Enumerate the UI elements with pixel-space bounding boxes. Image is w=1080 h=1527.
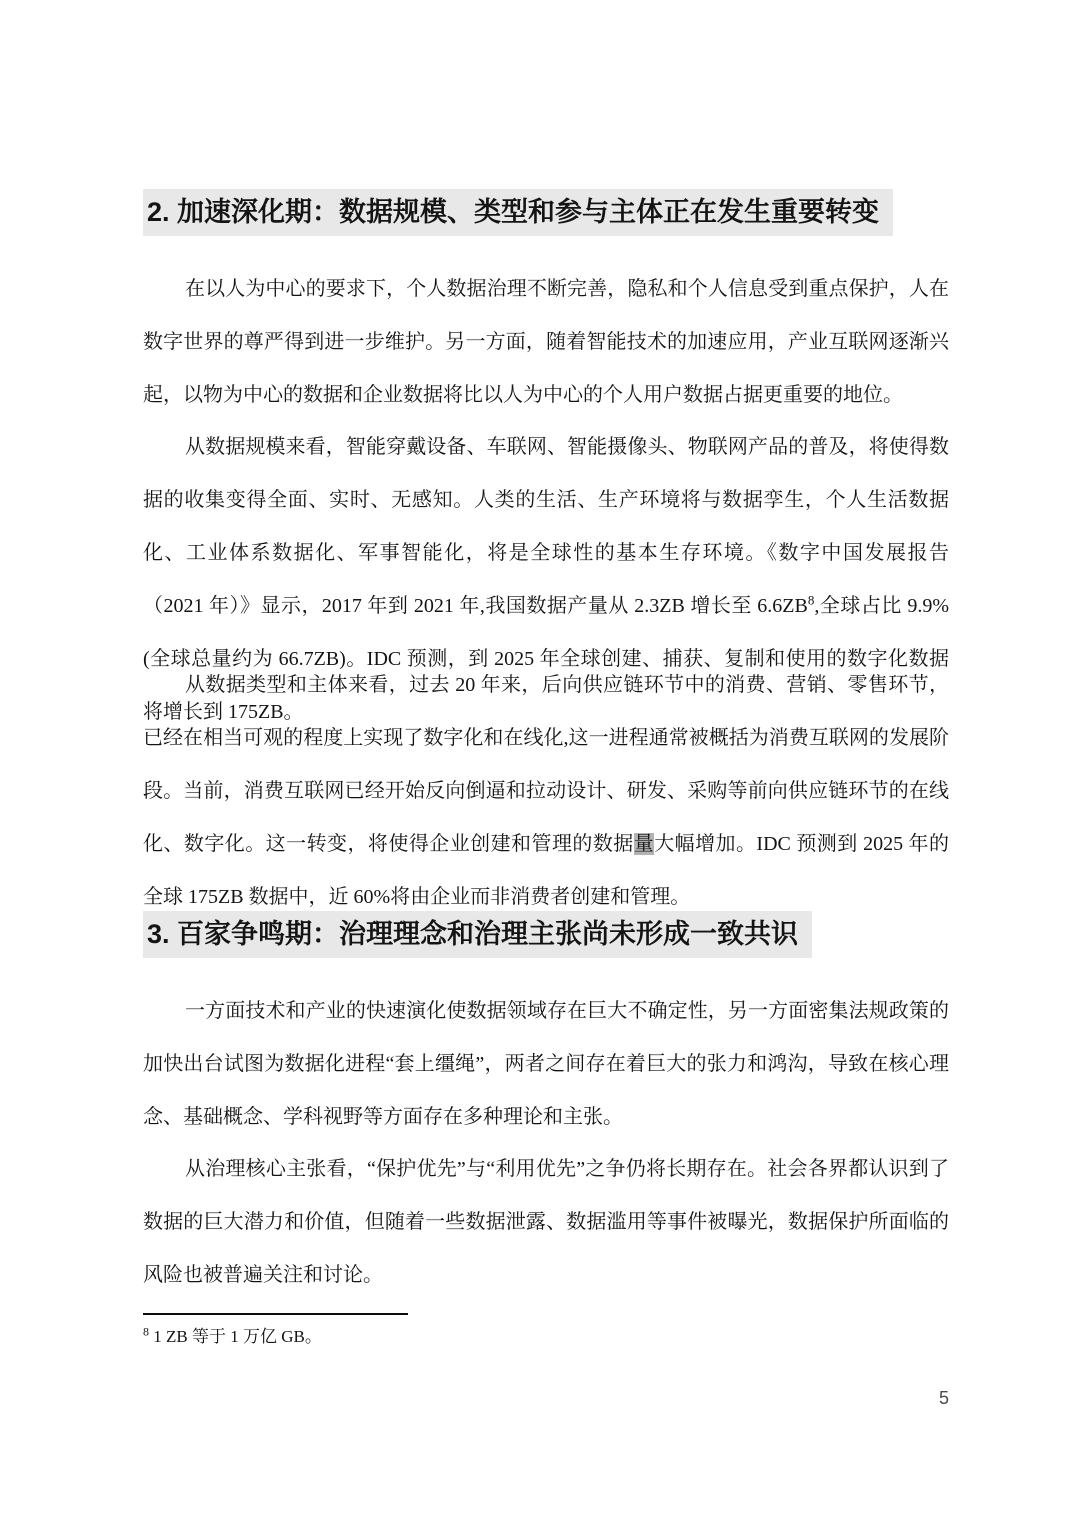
paragraph-s2-1-text: 在以人为中心的要求下，个人数据治理不断完善，隐私和个人信息受到重点保护，人在数字… <box>143 278 949 406</box>
paragraph-s3-1: 一方面技术和产业的快速演化使数据领域存在巨大不确定性，另一方面密集法规政策的加快… <box>143 985 949 1144</box>
page-number: 5 <box>143 1388 949 1409</box>
paragraph-s2-3-text-a: 从数据类型和主体来看，过去 20 年来，后向供应链环节中的消费、营销、零售环节，… <box>143 674 949 855</box>
paragraph-s3-2: 从治理核心主张看，“保护优先”与“利用优先”之争仍将长期存在。社会各界都认识到了… <box>143 1143 949 1302</box>
section-heading-3: 3. 百家争鸣期：治理理念和治理主张尚未形成一致共识 <box>143 911 812 958</box>
paragraph-s3-2-text: 从治理核心主张看，“保护优先”与“利用优先”之争仍将长期存在。社会各界都认识到了… <box>143 1158 949 1286</box>
highlighted-character: 量 <box>634 833 654 855</box>
section-heading-2-text: 2. 加速深化期：数据规模、类型和参与主体正在发生重要转变 <box>143 189 893 236</box>
document-page: 2. 加速深化期：数据规模、类型和参与主体正在发生重要转变 在以人为中心的要求下… <box>0 0 1080 1527</box>
footnote-text: 1 ZB 等于 1 万亿 GB。 <box>149 1327 322 1346</box>
section-heading-3-text: 3. 百家争鸣期：治理理念和治理主张尚未形成一致共识 <box>143 911 812 958</box>
paragraph-s2-2-text-a: 从数据规模来看，智能穿戴设备、车联网、智能摄像头、物联网产品的普及，将使得数据的… <box>143 436 949 617</box>
paragraph-s2-3: 从数据类型和主体来看，过去 20 年来，后向供应链环节中的消费、营销、零售环节，… <box>143 659 949 924</box>
paragraph-s2-1: 在以人为中心的要求下，个人数据治理不断完善，隐私和个人信息受到重点保护，人在数字… <box>143 263 949 422</box>
paragraph-s3-1-text: 一方面技术和产业的快速演化使数据领域存在巨大不确定性，另一方面密集法规政策的加快… <box>143 1000 949 1128</box>
footnote: 8 1 ZB 等于 1 万亿 GB。 <box>143 1322 949 1352</box>
section-heading-2: 2. 加速深化期：数据规模、类型和参与主体正在发生重要转变 <box>143 189 893 236</box>
footnote-separator-rule <box>143 1313 408 1315</box>
